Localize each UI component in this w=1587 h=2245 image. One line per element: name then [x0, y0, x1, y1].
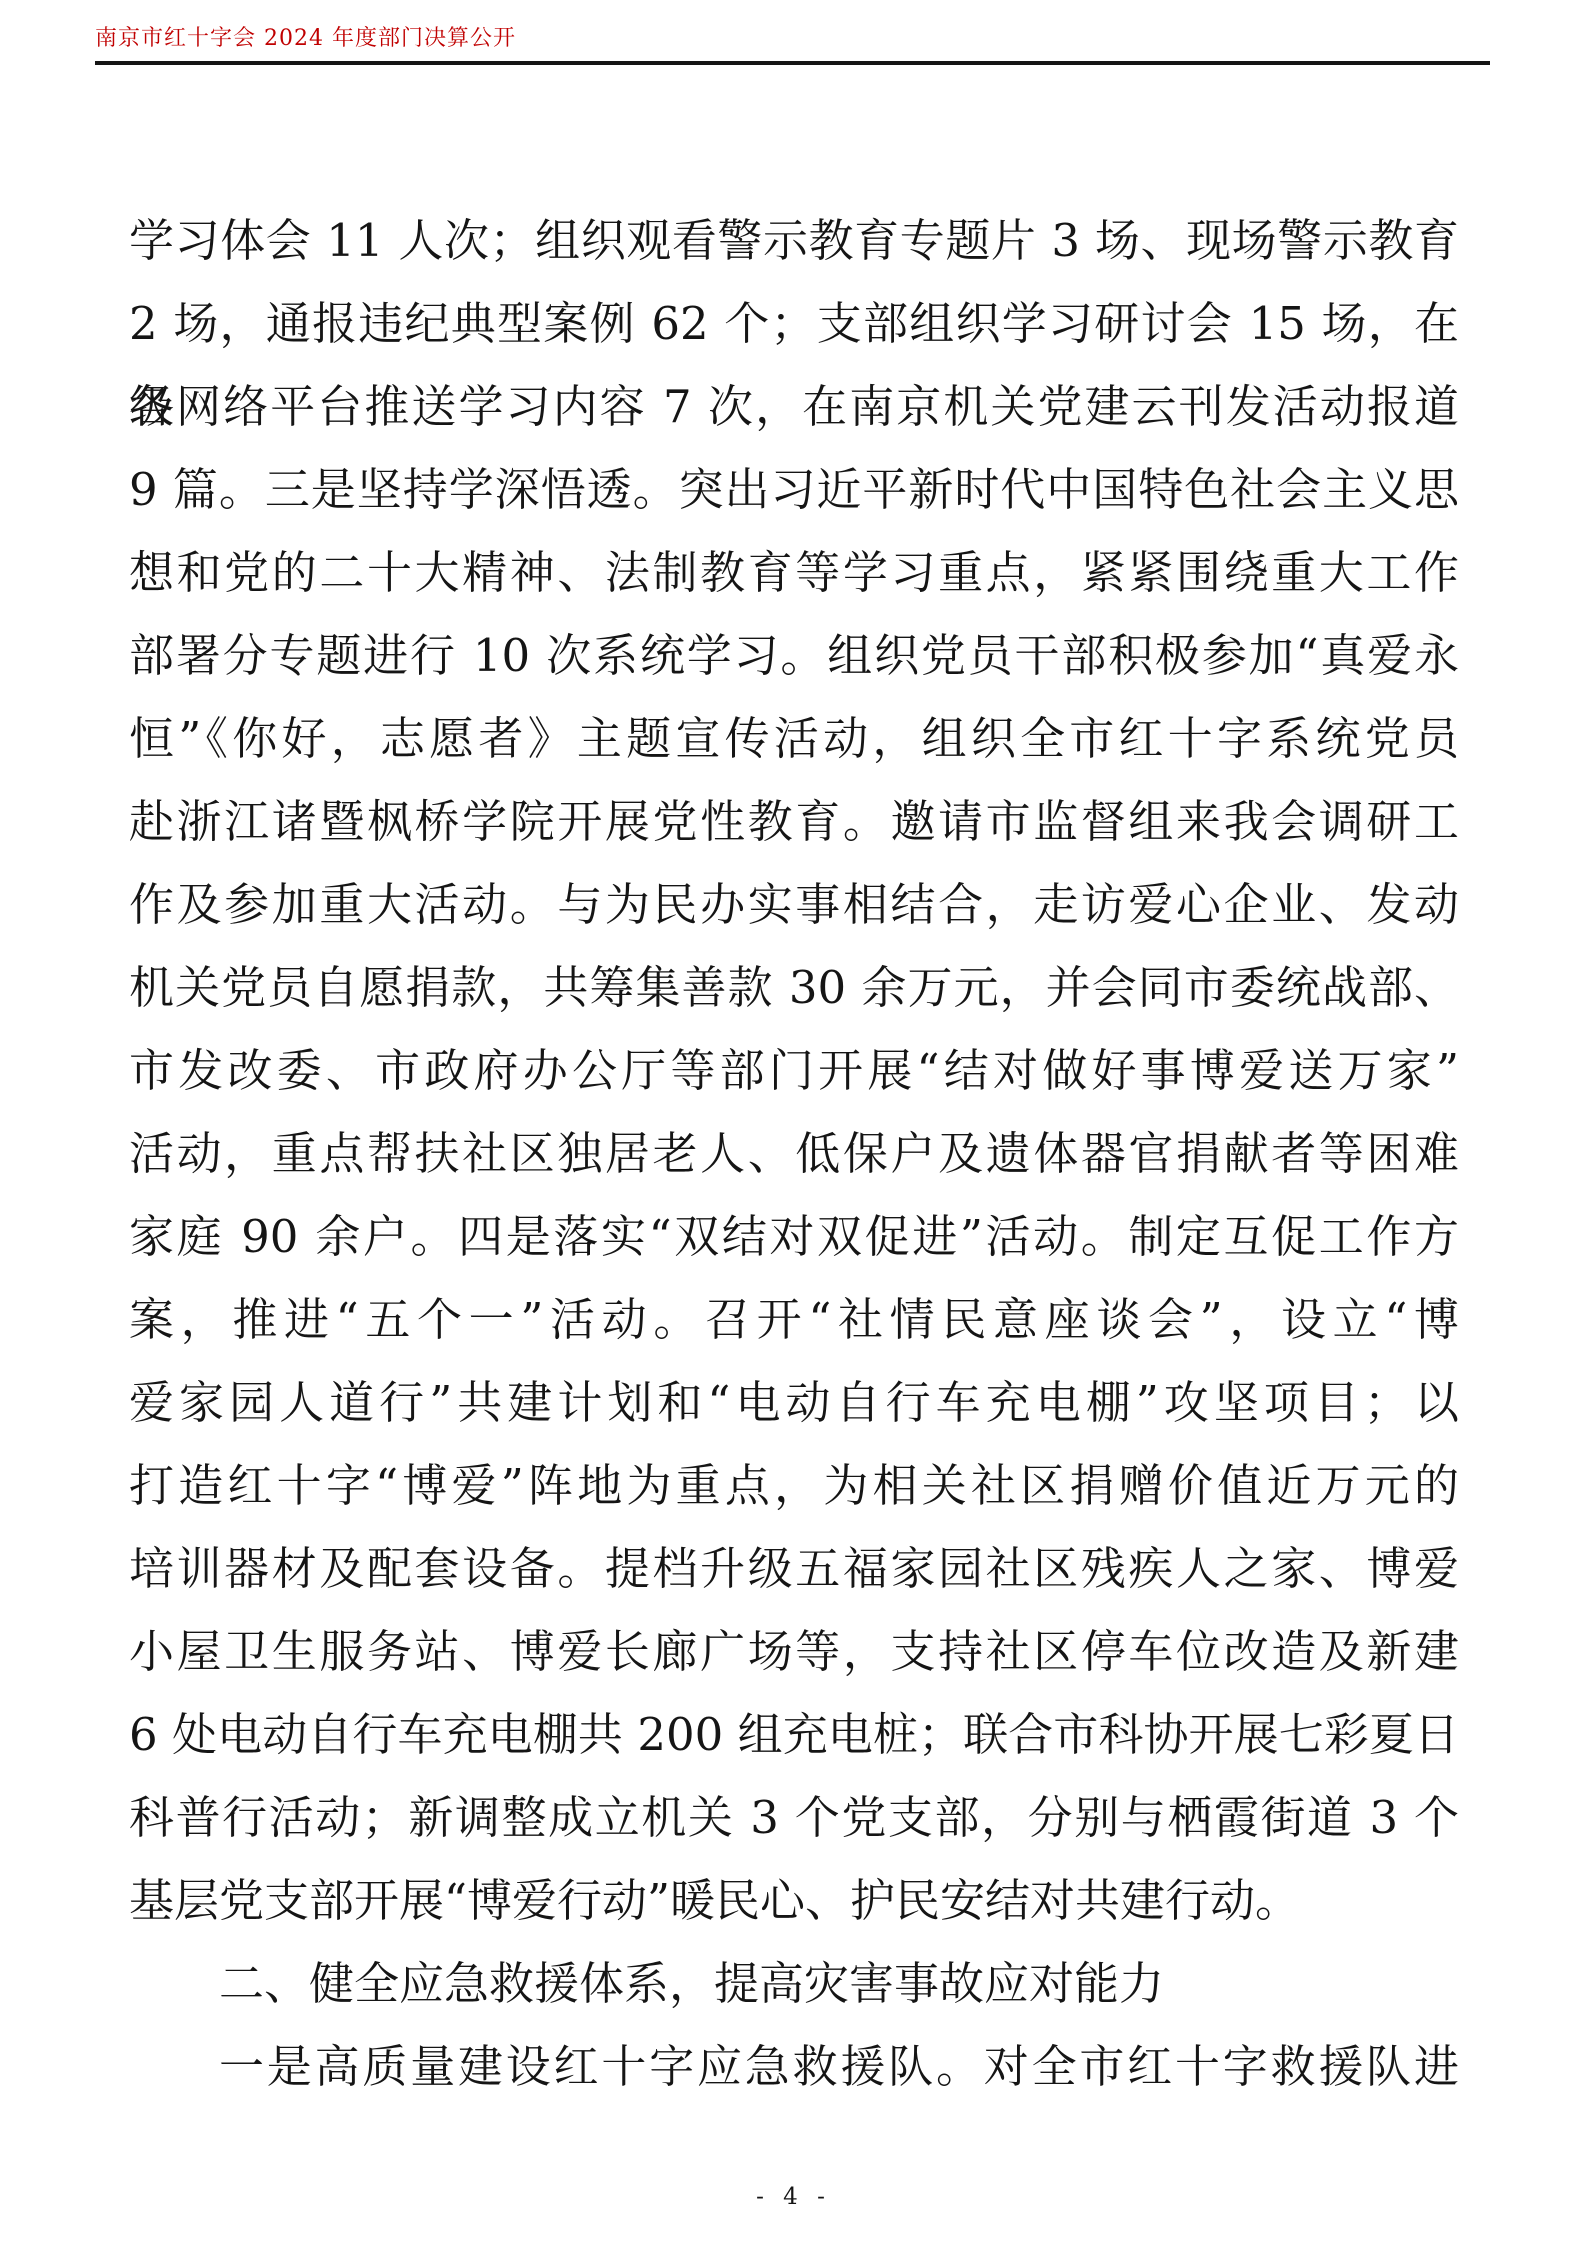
body-line: 科普行活动；新调整成立机关 3 个党支部，分别与栖霞街道 3 个: [129, 1776, 1459, 1859]
header-title: 南京市红十字会 2024 年度部门决算公开: [95, 26, 1490, 52]
body-line: 打造红十字“博爱”阵地为重点，为相关社区捐赠价值近万元的: [129, 1444, 1459, 1527]
body-line: 赴浙江诸暨枫桥学院开展党性教育。邀请市监督组来我会调研工: [129, 780, 1459, 863]
body-line: 学习体会 11 人次；组织观看警示教育专题片 3 场、现场警示教育: [129, 199, 1459, 282]
body-line: 一是高质量建设红十字应急救援队。对全市红十字救援队进: [129, 2025, 1459, 2108]
body-line: 活动，重点帮扶社区独居老人、低保户及遗体器官捐献者等困难: [129, 1112, 1459, 1195]
body-line: 案，推进“五个一”活动。召开“社情民意座谈会”，设立“博: [129, 1278, 1459, 1361]
body-line: 市发改委、市政府办公厅等部门开展“结对做好事博爱送万家”: [129, 1029, 1459, 1112]
body-line: 作及参加重大活动。与为民办实事相结合，走访爱心企业、发动: [129, 863, 1459, 946]
document-page: 南京市红十字会 2024 年度部门决算公开 学习体会 11 人次；组织观看警示教…: [0, 0, 1587, 2245]
body-line: 部署分专题进行 10 次系统学习。组织党员干部积极参加“真爱永: [129, 614, 1459, 697]
body-line: 级网络平台推送学习内容 7 次，在南京机关党建云刊发活动报道: [129, 365, 1459, 448]
body-line: 培训器材及配套设备。提档升级五福家园社区残疾人之家、博爱: [129, 1527, 1459, 1610]
body-line: 6 处电动自行车充电棚共 200 组充电桩；联合市科协开展七彩夏日: [129, 1693, 1459, 1776]
section-heading: 二、健全应急救援体系，提高灾害事故应对能力: [129, 1942, 1459, 2025]
page-number: - 4 -: [756, 2184, 831, 2210]
body-line: 家庭 90 余户。四是落实“双结对双促进”活动。制定互促工作方: [129, 1195, 1459, 1278]
page-header: 南京市红十字会 2024 年度部门决算公开: [95, 26, 1490, 65]
body-line: 恒”《你好，志愿者》主题宣传活动，组织全市红十字系统党员: [129, 697, 1459, 780]
page-footer: - 4 -: [0, 2184, 1587, 2210]
document-body: 学习体会 11 人次；组织观看警示教育专题片 3 场、现场警示教育 2 场，通报…: [129, 199, 1459, 2108]
body-line: 想和党的二十大精神、法制教育等学习重点，紧紧围绕重大工作: [129, 531, 1459, 614]
body-line-paragraph-end: 基层党支部开展“博爱行动”暖民心、护民安结对共建行动。: [129, 1859, 1459, 1942]
body-line: 9 篇。三是坚持学深悟透。突出习近平新时代中国特色社会主义思: [129, 448, 1459, 531]
body-line: 小屋卫生服务站、博爱长廊广场等，支持社区停车位改造及新建: [129, 1610, 1459, 1693]
body-line: 爱家园人道行”共建计划和“电动自行车充电棚”攻坚项目；以: [129, 1361, 1459, 1444]
body-line: 2 场，通报违纪典型案例 62 个；支部组织学习研讨会 15 场，在各: [129, 282, 1459, 365]
body-line: 机关党员自愿捐款，共筹集善款 30 余万元，并会同市委统战部、: [129, 946, 1459, 1029]
